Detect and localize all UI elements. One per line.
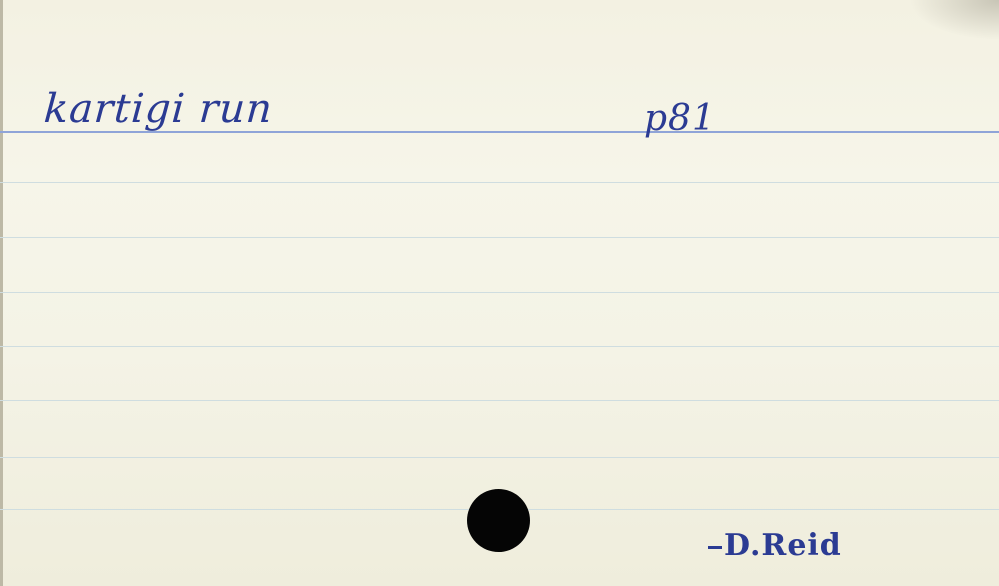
ruled-line: [0, 346, 999, 347]
ruled-line: [0, 182, 999, 183]
index-card: kartigi run p81 D.Reid: [0, 0, 999, 586]
page-reference: p81: [644, 98, 716, 139]
punch-hole: [467, 489, 530, 552]
headword: kartigi run: [42, 86, 274, 132]
ruled-line: [0, 457, 999, 458]
signature: D.Reid: [708, 528, 842, 563]
signature-underline: [708, 546, 722, 549]
ruled-line: [0, 292, 999, 293]
ruled-line: [0, 400, 999, 401]
ruled-line: [0, 237, 999, 238]
signature-text: D.Reid: [724, 528, 842, 563]
